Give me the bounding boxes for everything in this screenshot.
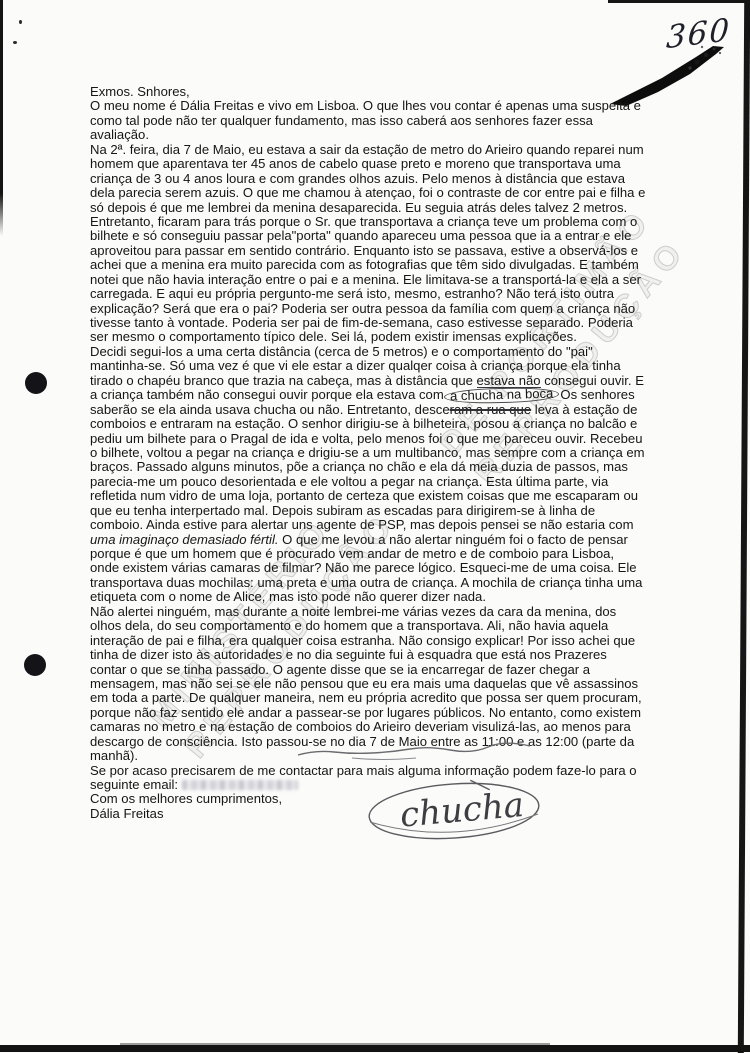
scan-border-top	[608, 0, 750, 3]
ink-speck	[13, 41, 17, 44]
letter-line: saberão se ela ainda usava chucha ou não…	[90, 403, 710, 417]
letter-line: que eu tenha interpertado mal. Depois su…	[90, 504, 710, 518]
letter-line: achei que a menina era muito parecida co…	[90, 258, 710, 272]
letter-line: criança de 3 ou 4 anos loura e com grand…	[90, 172, 710, 186]
letter-line: Decidi segui-los a uma certa distância (…	[90, 345, 710, 359]
pen-strike-annotation: ram a rua que	[450, 402, 532, 417]
letter-line: etiqueta com o nome de Alice, mas isto p…	[90, 590, 710, 604]
letter-line: O meu nome é Dália Freitas e vivo em Lis…	[90, 99, 710, 113]
letter-line: transportava duas mochilas: uma preta e …	[90, 576, 710, 590]
letter-line: mensagem, mas não sei se ele não pensou …	[90, 677, 710, 691]
letter-line: bilhete e só conseguiu passar pela"porta…	[90, 229, 710, 243]
letter-line: Na 2ª. feira, dia 7 de Maio, eu estava a…	[90, 143, 710, 157]
letter-line: tinha de dizer isto às autoridades e no …	[90, 648, 710, 662]
letter-line: pediu um bilhete para o Pragal de ida e …	[90, 432, 710, 446]
letter-line: interação de pai e filha, era qualquer c…	[90, 634, 710, 648]
letter-line: avaliação.	[90, 128, 710, 142]
letter-line: notei que não havia interação entre o pa…	[90, 273, 710, 287]
letter-line: contar o que se tinha passado. O agente …	[90, 663, 710, 677]
letter-line: em toda a parte. De qualquer maneira, ne…	[90, 691, 710, 705]
scan-border-right	[738, 0, 750, 1053]
letter-line: camaras no metro e na estação de comboio…	[90, 720, 710, 734]
letter-line: Exmos. Snhores,	[90, 85, 710, 99]
letter-line: porque não faz sentido ele andar a passe…	[90, 706, 710, 720]
pen-underline-mark	[292, 742, 552, 764]
scan-border-left	[0, 0, 3, 236]
letter-line: braços. Passado alguns minutos, põe a cr…	[90, 460, 710, 474]
letter-line: onde existem várias camaras de filmar? N…	[90, 561, 710, 575]
letter-body: Exmos. Snhores,O meu nome é Dália Freita…	[90, 85, 710, 821]
letter-line: olhos dela, do seu comportamento e do ho…	[90, 619, 710, 633]
letter-line: explicação? Será que era o pai? Poderia …	[90, 302, 710, 316]
redacted-email	[182, 780, 298, 790]
letter-line: dela parecia serem azuis. O que me chamo…	[90, 186, 710, 200]
handwritten-note-chucha: chucha	[352, 762, 562, 857]
pen-italic-annotation: uma imaginaço demasiado fértil.	[90, 532, 279, 547]
letter-line: só depois é que me lembrei da menina des…	[90, 201, 710, 215]
hole-punch-mark	[24, 654, 46, 676]
letter-line: aproveitou para passar em sentido contrá…	[90, 244, 710, 258]
letter-line: refletida num vidro de uma loja, portant…	[90, 489, 710, 503]
letter-line: Não alertei ninguém, mas durante a noite…	[90, 605, 710, 619]
letter-line: o bilhete, voltou a pegar na criança e d…	[90, 446, 710, 460]
letter-line: parecia-me um pouco desorientada e ele v…	[90, 475, 710, 489]
letter-line: porque é que um homem que é procurado ve…	[90, 547, 710, 561]
letter-line: uma imaginaço demasiado fértil. O que me…	[90, 533, 710, 547]
letter-line: como tal pode não ter qualquer fundament…	[90, 114, 710, 128]
letter-line: comboios e entraram na estação. O senhor…	[90, 417, 710, 431]
letter-line: homem que aparentava ter 45 anos de cabe…	[90, 157, 710, 171]
letter-line: ser mesmo o comportamento típico dele. S…	[90, 330, 710, 344]
letter-line: Entretanto, ficaram para trás porque o S…	[90, 215, 710, 229]
letter-line: tivesse tanto à vontade. Poderia ser pai…	[90, 316, 710, 330]
note-text: chucha	[398, 785, 525, 836]
letter-line: carregada. E aqui eu própria pergunto-me…	[90, 287, 710, 301]
scan-border-bottom	[0, 1045, 750, 1052]
ink-speck	[19, 20, 22, 24]
letter-line: comboio. Ainda estive para alertar uns a…	[90, 518, 710, 532]
hole-punch-mark	[25, 372, 47, 394]
letter-line: mantinha-se. Só uma vez é que vi ele est…	[90, 359, 710, 373]
letter-line: tirado o chapéu branco que trazia na cab…	[90, 374, 710, 388]
letter-line: a criança também não consegui ouvir porq…	[90, 388, 710, 402]
